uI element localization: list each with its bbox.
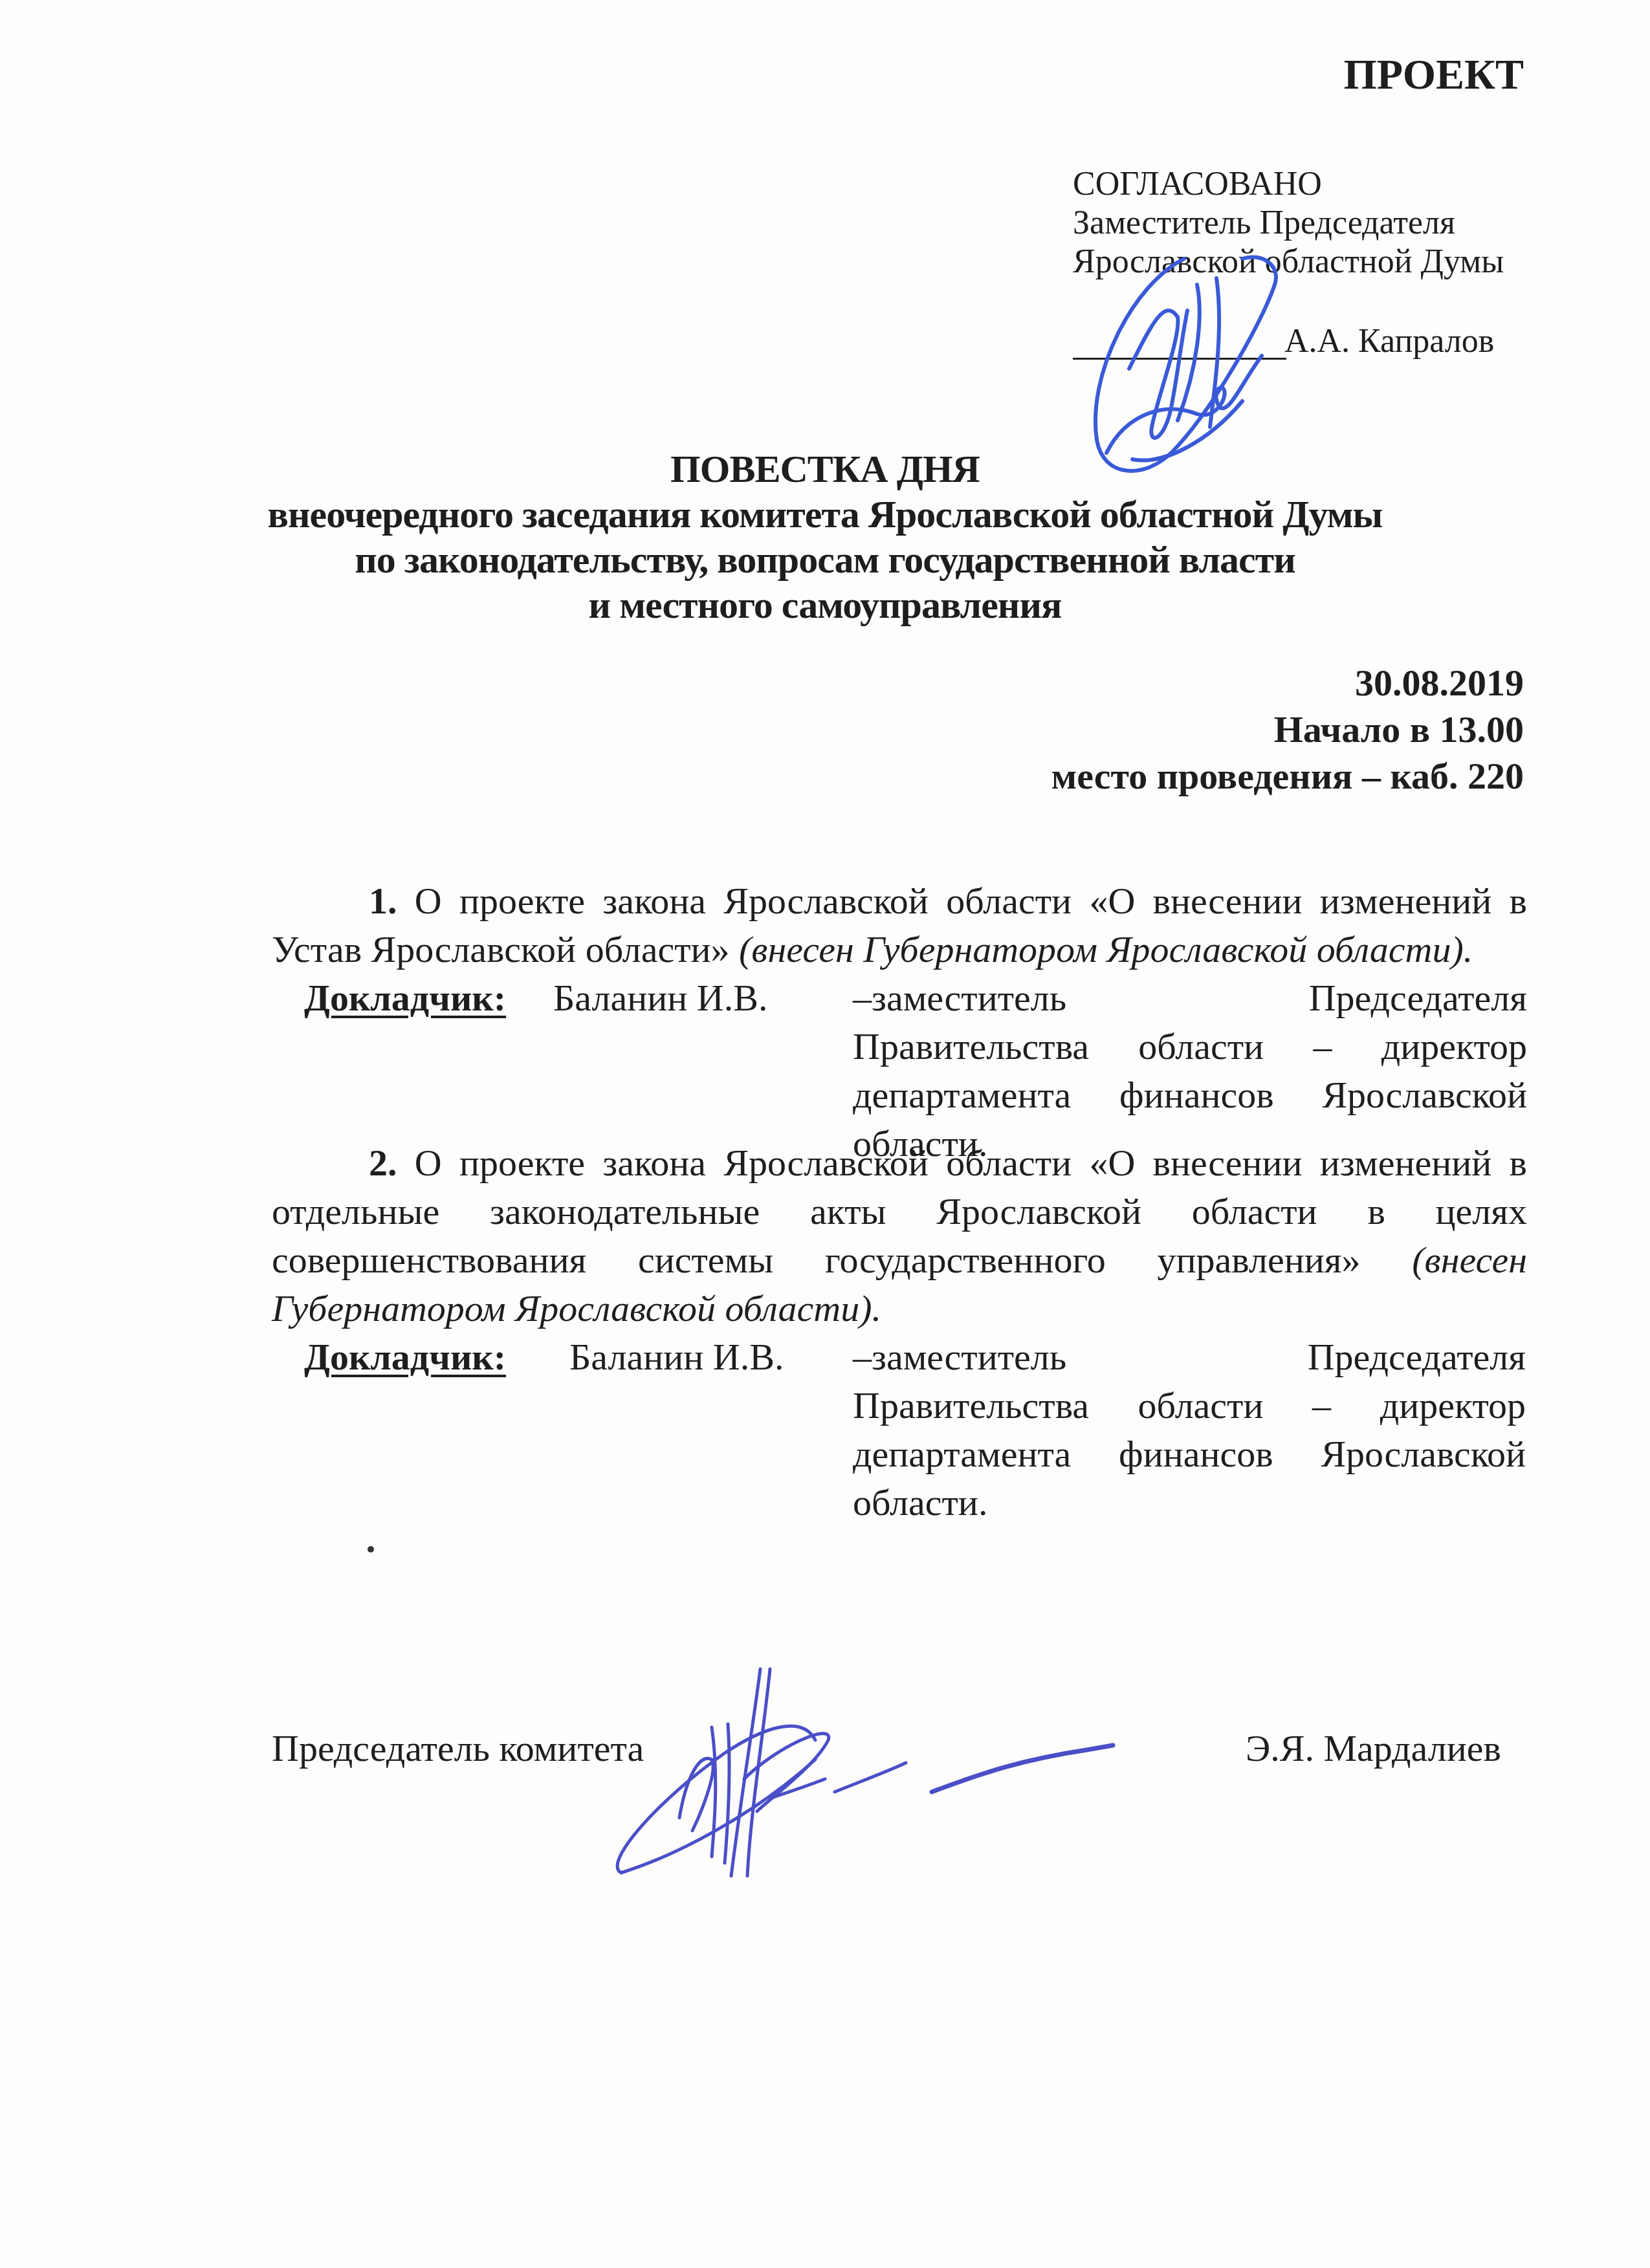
stray-dot [368,1546,374,1553]
item-submitted-by: (внесен Губернатором Ярославской области… [739,928,1473,970]
speaker-label-2: Докладчик: [304,1333,506,1381]
footer-signatory: Э.Я. Мардалиев [1246,1724,1501,1772]
page-title: ПОВЕСТКА ДНЯ [0,446,1650,492]
meeting-info: 30.08.2019 Начало в 13.00 место проведен… [941,660,1524,800]
draft-stamp: ПРОЕКТ [1343,50,1524,100]
speaker-name-2: Баланин И.В. [569,1333,784,1381]
approval-signatory: А.А. Капралов [1284,322,1494,361]
footer-position: Председатель комитета [272,1724,644,1772]
item-number: 2. [369,1142,397,1184]
title-line2: по законодательству, вопросам государств… [0,537,1650,582]
item-number: 1. [369,880,397,922]
title-line1: внеочередного заседания комитета Ярослав… [0,492,1650,537]
meeting-place: место проведения – каб. 220 [941,753,1524,800]
item-text: О проекте закона Ярославской области «О … [272,1142,1527,1281]
meeting-start: Начало в 13.00 [941,706,1524,753]
meeting-date: 30.08.2019 [941,660,1524,706]
agenda-item-2: 2. О проекте закона Ярославской области … [272,1139,1527,1333]
speaker-label-1: Докладчик: [304,974,506,1022]
agenda-item-1: 1. О проекте закона Ярославской области … [272,877,1527,974]
title-line3: и местного самоуправления [0,582,1650,627]
speaker-name-1: Баланин И.В. [553,974,767,1022]
approval-position-line1: Заместитель Председателя [1073,204,1526,243]
speaker-position-2: –заместитель Председателя Правительства … [853,1333,1526,1527]
approval-label: СОГЛАСОВАНО [1073,165,1526,204]
chairman-signature-icon [621,1669,1242,1876]
